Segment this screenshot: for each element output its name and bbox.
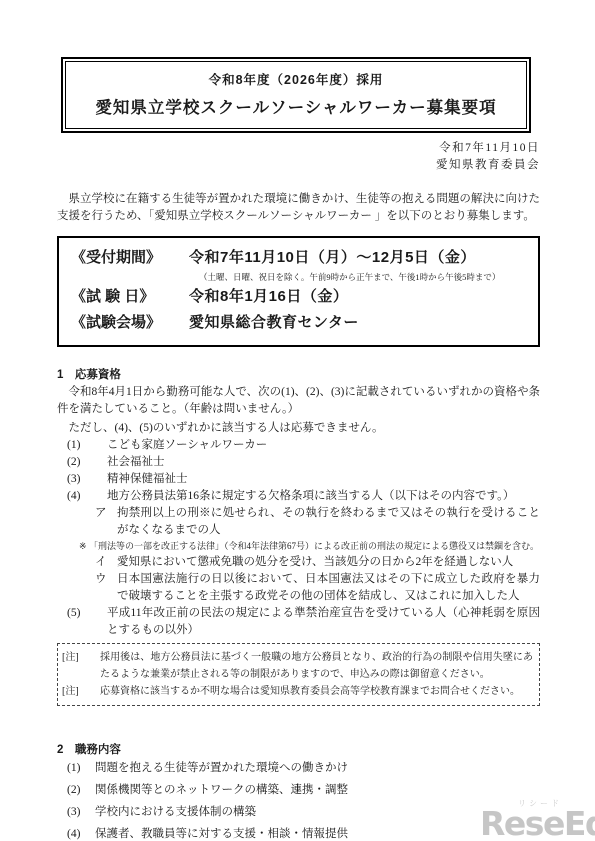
title-box: 令和8年度（2026年度）採用 愛知県立学校スクールソーシャルワーカー募集要項 — [61, 57, 531, 133]
item-text: 精神保健福祉士 — [107, 471, 540, 488]
notes-box: [注] 採用後は、地方公務員法に基づく一般職の地方公務員となり、政治的行為の制限… — [57, 643, 540, 706]
header-date-block: 令和7年11月10日 愛知県教育委員会 — [57, 140, 540, 174]
item-text: 日本国憲法施行の日以後において、日本国憲法又はその下に成立した政府を暴力で破壊す… — [117, 571, 540, 605]
duty-item: (3) 学校内における支援体制の構築 — [57, 801, 540, 823]
item-text: 平成11年改正前の民法の規定による準禁治産宣告を受けている人（心神耗弱を原因とす… — [107, 605, 540, 639]
intro-paragraph: 県立学校に在籍する生徒等が置かれた環境に働きかけ、生徒等の抱える問題の解決に向け… — [57, 191, 540, 225]
info-row-exam-date: 《試 験 日》 令和8年1月16日（金） — [71, 284, 530, 310]
document-title: 愛知県立学校スクールソーシャルワーカー募集要項 — [70, 94, 522, 118]
item-number: (5) — [67, 605, 89, 639]
list-item: (5) 平成11年改正前の民法の規定による準禁治産宣告を受けている人（心神耗弱を… — [57, 605, 540, 639]
item-number: (3) — [67, 471, 89, 488]
issue-date: 令和7年11月10日 — [57, 140, 540, 157]
note-tag: [注] — [62, 683, 90, 700]
info-label: 《試 験 日》 — [71, 284, 189, 310]
item-number: (2) — [67, 454, 89, 471]
item-text: 学校内における支援体制の構築 — [95, 801, 256, 823]
info-label: 《受付期間》 — [71, 245, 189, 271]
item-number: (4) — [67, 823, 87, 841]
list-item: (3) 精神保健福祉士 — [57, 471, 540, 488]
exam-info-box: 《受付期間》 令和7年11月10日（月）～12月5日（金） （土曜、日曜、祝日を… — [57, 236, 540, 347]
item-number: ア — [95, 505, 109, 539]
info-value: 令和7年11月10日（月）～12月5日（金） — [189, 245, 476, 271]
document-page: 令和8年度（2026年度）採用 愛知県立学校スクールソーシャルワーカー募集要項 … — [0, 0, 595, 841]
footnote-text: 「刑法等の一部を改正する法律」（令和4年法律第67号）による改正前の刑法の規定に… — [89, 539, 540, 554]
note-item: [注] 応募資格に該当するか不明な場合は愛知県教育委員会高等学校教育課までお問合… — [62, 683, 533, 700]
list-item: (4) 地方公務員法第16条に規定する欠格条項に該当する人（以下はその内容です。… — [57, 488, 540, 505]
item-text: 保護者、教職員等に対する支援・相談・情報提供 — [95, 823, 348, 841]
item-number: (1) — [67, 757, 87, 779]
sub-list-item: ウ 日本国憲法施行の日以後において、日本国憲法又はその下に成立した政府を暴力で破… — [57, 571, 540, 605]
item-number: (1) — [67, 437, 89, 454]
sub-list-item: イ 愛知県において懲戒免職の処分を受け、当該処分の日から2年を経過しない人 — [57, 554, 540, 571]
note-item: [注] 採用後は、地方公務員法に基づく一般職の地方公務員となり、政治的行為の制限… — [62, 649, 533, 683]
info-label: 《試験会場》 — [71, 310, 189, 336]
item-number: イ — [95, 554, 109, 571]
issuing-organization: 愛知県教育委員会 — [57, 157, 540, 174]
sub-list-item: ア 拘禁刑以上の刑※に処せられ、その執行を終わるまで又はその執行を受けることがな… — [57, 505, 540, 539]
info-value: 令和8年1月16日（金） — [189, 284, 348, 310]
reception-period-note: （土曜、日曜、祝日を除く。午前9時から正午まで、午後1時から午後5時まで） — [199, 271, 530, 284]
list-item: (2) 社会福祉士 — [57, 454, 540, 471]
item-text: 愛知県において懲戒免職の処分を受け、当該処分の日から2年を経過しない人 — [117, 554, 540, 571]
duty-item: (1) 問題を抱える生徒等が置かれた環境への働きかけ — [57, 757, 540, 779]
item-text: 拘禁刑以上の刑※に処せられ、その執行を終わるまで又はその執行を受けることがなくな… — [117, 505, 540, 539]
item-number: ウ — [95, 571, 109, 605]
footnote-marker: ※ — [79, 539, 89, 554]
item-number: (3) — [67, 801, 87, 823]
footnote-item: ※ 「刑法等の一部を改正する法律」（令和4年法律第67号）による改正前の刑法の規… — [57, 539, 540, 554]
section1-paragraph1: 令和8年4月1日から勤務可能な人で、次の(1)、(2)、(3)に記載されているい… — [57, 384, 540, 418]
item-text: 社会福祉士 — [107, 454, 540, 471]
note-tag: [注] — [62, 649, 90, 683]
note-text: 応募資格に該当するか不明な場合は愛知県教育委員会高等学校教育課までお問合せくださ… — [100, 683, 533, 700]
info-row-exam-venue: 《試験会場》 愛知県総合教育センター — [71, 310, 530, 336]
document-subtitle: 令和8年度（2026年度）採用 — [70, 70, 522, 88]
list-item: (1) こども家庭ソーシャルワーカー — [57, 437, 540, 454]
section1-paragraph2: ただし、(4)、(5)のいずれかに該当する人は応募できません。 — [57, 420, 540, 437]
page-number: 1 — [0, 782, 595, 794]
item-text: 問題を抱える生徒等が置かれた環境への働きかけ — [95, 757, 348, 779]
duty-item: (4) 保護者、教職員等に対する支援・相談・情報提供 — [57, 823, 540, 841]
title-box-inner: 令和8年度（2026年度）採用 愛知県立学校スクールソーシャルワーカー募集要項 — [65, 61, 527, 129]
item-number: (4) — [67, 488, 89, 505]
info-row-reception-period: 《受付期間》 令和7年11月10日（月）～12月5日（金） — [71, 245, 530, 271]
item-text: こども家庭ソーシャルワーカー — [107, 437, 540, 454]
note-text: 採用後は、地方公務員法に基づく一般職の地方公務員となり、政治的行為の制限や信用失… — [100, 649, 533, 683]
section2-heading: 2 職務内容 — [57, 741, 540, 757]
item-text: 地方公務員法第16条に規定する欠格条項に該当する人（以下はその内容です。） — [107, 488, 540, 505]
info-value: 愛知県総合教育センター — [189, 310, 359, 336]
document-content: 令和8年度（2026年度）採用 愛知県立学校スクールソーシャルワーカー募集要項 … — [57, 57, 540, 841]
section1-heading: 1 応募資格 — [57, 366, 540, 382]
